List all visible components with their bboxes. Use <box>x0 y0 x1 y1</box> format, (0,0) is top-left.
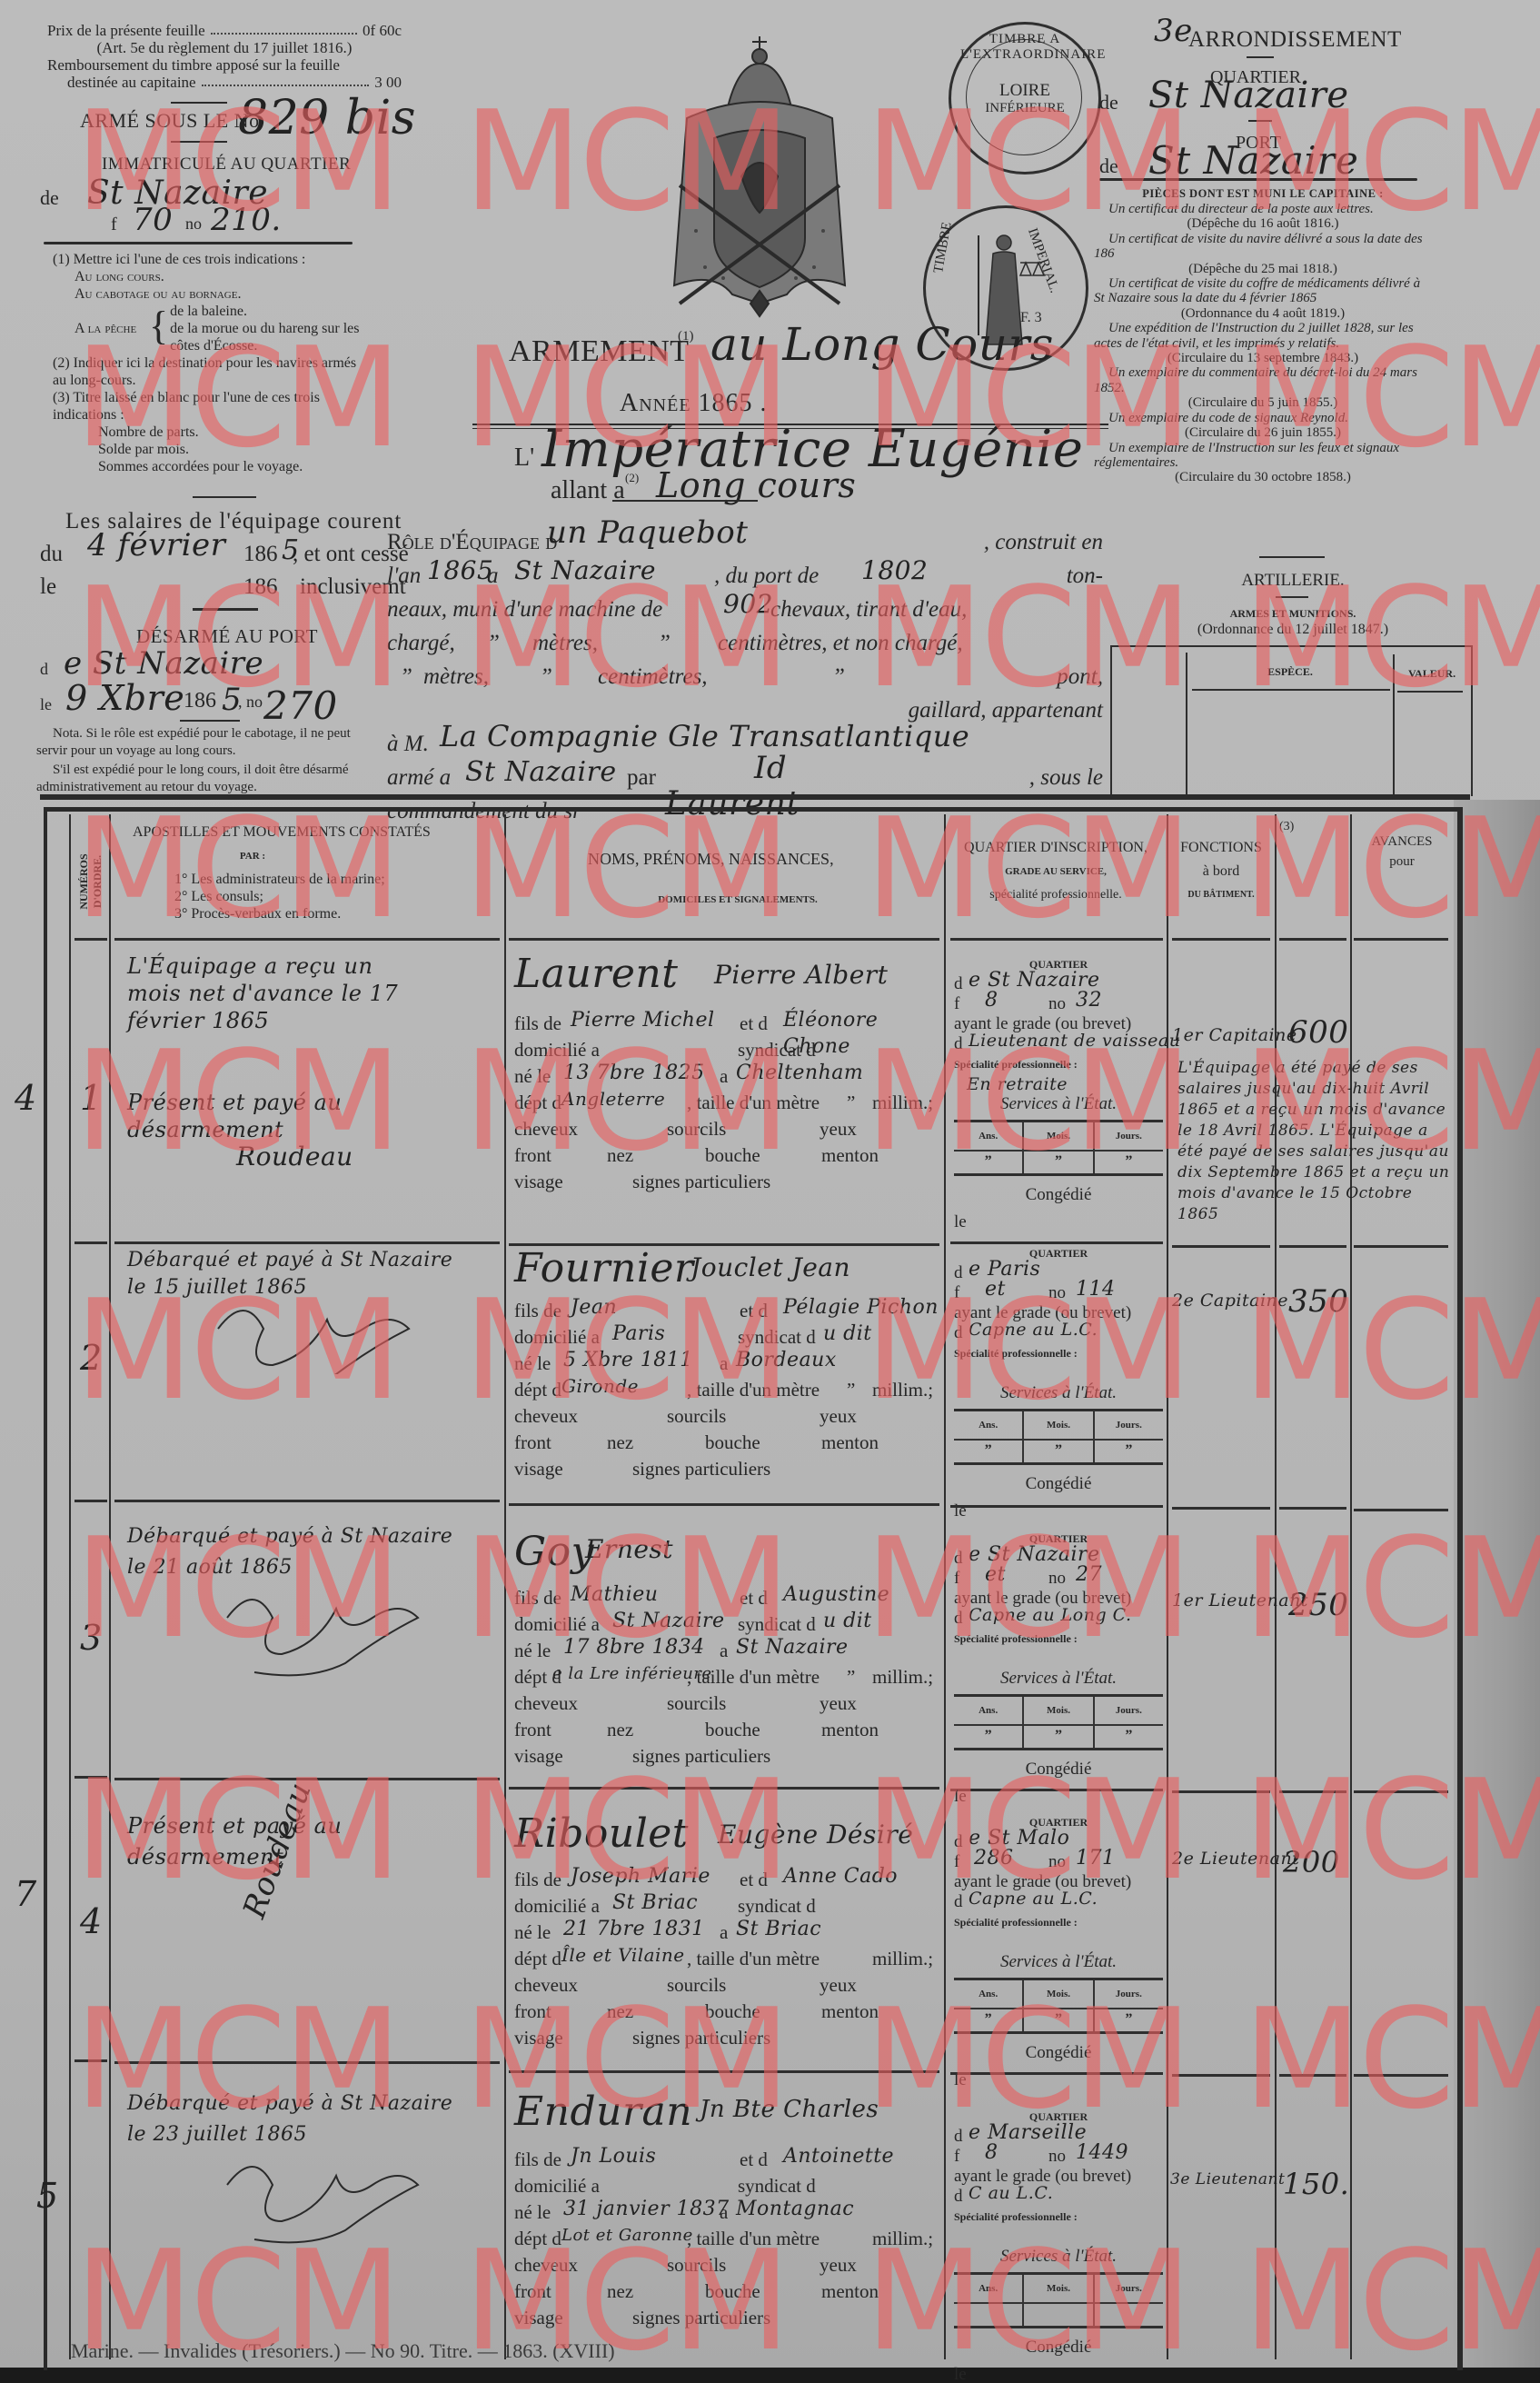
row-grade: Capne au L.C. <box>969 1320 1098 1340</box>
row-father: Mathieu <box>571 1581 658 1608</box>
divider <box>1276 596 1308 598</box>
row-grade: Capne au Long C. <box>969 1605 1132 1625</box>
artillerie-col-valeur: VALEUR. <box>1395 667 1469 681</box>
row-signalement: fils deJn Louiset dAntoinette domicilié … <box>514 2147 941 2331</box>
port-de: de <box>1099 155 1118 178</box>
row-surname: Riboulet <box>514 1810 689 1857</box>
table-row: 2 Débarqué et payé à St Nazaire le 15 ju… <box>0 1247 1540 1501</box>
row-department: Angleterre <box>561 1086 665 1112</box>
desarme-date: 9 Xbre <box>65 678 184 718</box>
divider <box>171 102 227 104</box>
brace-icon: { <box>149 303 168 354</box>
row-signature: Roudeau <box>127 1143 500 1171</box>
row-quartier: e St Malo <box>969 1829 1069 1849</box>
desarme-year: 186 <box>184 689 216 713</box>
divider <box>44 242 353 244</box>
imperial-coat-of-arms <box>651 31 869 331</box>
quartier-title: QUARTIER D'INSCRIPTION, <box>946 836 1166 860</box>
row-domicile: St Nazaire <box>612 1608 725 1634</box>
header-quartier: QUARTIER D'INSCRIPTION, GRADE AU SERVICE… <box>946 836 1166 907</box>
piece-item: Une expédition de l'Instruction du 2 jui… <box>1094 321 1432 365</box>
armement-note-ref: (1) <box>678 329 694 344</box>
price-value: 0f 60c <box>363 22 402 39</box>
owner-label: à M. <box>387 732 429 756</box>
port-value: St Nazaire <box>1148 138 1358 183</box>
noms-sub: DOMICILES ET SIGNALEMENTS. <box>506 894 942 905</box>
row-quartier: e St Nazaire <box>969 971 1100 991</box>
row-numero: 114 <box>1076 1280 1116 1300</box>
note-2: (2) Indiquer ici la destination pour les… <box>53 354 362 389</box>
note-1-peche-label: A la pêche <box>75 303 149 354</box>
noms-title: NOMS, PRÉNOMS, NAISSANCES, <box>506 850 942 869</box>
apostilles-title: APOSTILLES ET MOUVEMENTS CONSTATÉS <box>111 823 503 841</box>
arme-a-value: St Nazaire <box>465 755 617 790</box>
row-surname: Goy <box>514 1529 594 1575</box>
row-birth-place: St Briac <box>736 1916 821 1942</box>
artillerie-title: ARTILLERIE. <box>1181 571 1405 591</box>
row-birth-place: Bordeaux <box>736 1347 837 1373</box>
row-number: 5 <box>36 2176 59 2216</box>
nota-line-1: Nota. Si le rôle est expédié pour le cab… <box>36 725 382 760</box>
row-mother: Antoinette <box>783 2143 894 2169</box>
reimbursement-dots <box>202 74 370 86</box>
quartier-sub-1: GRADE AU SERVICE, <box>946 860 1166 883</box>
price-label: Prix de la présente feuille <box>47 22 205 39</box>
tonnage-value: 1802 <box>861 553 928 588</box>
built-year: 1865 <box>427 553 493 588</box>
row-given-names: Jouclet Jean <box>691 1252 850 1282</box>
chevaux-label: chevaux, tirant d'eau, <box>770 593 967 627</box>
row-specialite <box>954 1932 1163 1952</box>
annee-label: Année 1865 . <box>620 389 768 418</box>
avances-sub: pour <box>1352 852 1452 872</box>
row-avances-note: L'Équipage a été payé de ses salaires ju… <box>1177 1058 1450 1225</box>
armes-ordonnance: (Ordonnance du 12 juillet 1847.) <box>1181 622 1405 638</box>
row-apostille: Présent et payé au désarmement <box>127 1810 500 1872</box>
row-services-table: Ans.” Mois.” Jours.” <box>954 1120 1163 1173</box>
row-number: 1 <box>80 1078 103 1118</box>
row-birth-place: Montagnac <box>736 2196 854 2222</box>
ship-prefix: L' <box>514 444 534 473</box>
fonctions-sub-1: à bord <box>1168 860 1274 883</box>
table-row: 4 1 L'Équipage a reçu un mois net d'avan… <box>0 942 1540 1241</box>
row-quartier: e Paris <box>969 1260 1040 1280</box>
fonctions-title: FONCTIONS <box>1168 836 1274 860</box>
row-col3: 150. <box>1283 2167 1349 2201</box>
row-syndicat: u dit <box>823 1608 872 1634</box>
row-numero: 171 <box>1076 1849 1116 1869</box>
fonctions-sub-2: DU BÂTIMENT. <box>1168 883 1274 907</box>
row-department: Lot et Garonne <box>561 2222 693 2248</box>
row-mother: Pélagie Pichon <box>783 1294 939 1321</box>
artillerie-table: ESPÈCE. VALEUR. <box>1110 645 1473 796</box>
row-numero: 1449 <box>1076 2143 1128 2163</box>
arme-sous-value: 829 bis <box>238 91 416 145</box>
header-noms: NOMS, PRÉNOMS, NAISSANCES, DOMICILES ET … <box>506 850 942 905</box>
row-height: ” <box>847 1090 855 1116</box>
row-height: ” <box>847 1377 855 1403</box>
row-folio: et <box>985 1280 1006 1300</box>
row-specialite: En retraite <box>954 1074 1163 1094</box>
coat-of-arms-icon <box>651 31 869 331</box>
row-surname: Enduran <box>514 2089 692 2135</box>
row-folio: et <box>985 1565 1006 1585</box>
row-number: 2 <box>80 1338 103 1378</box>
pont-value: ” <box>832 660 845 694</box>
piece-item: Un certificat de visite du navire délivr… <box>1094 232 1432 276</box>
built-at-label: a <box>487 559 499 593</box>
construit-label: , construit en <box>984 525 1103 560</box>
row-numero: 32 <box>1076 991 1102 1011</box>
row-col3: 250 <box>1288 1587 1348 1623</box>
row-father: Jn Louis <box>571 2143 656 2169</box>
divider <box>193 496 256 498</box>
charge-label: chargé, <box>387 631 455 655</box>
row-quartier-block: QUARTIER de Marseille f8no1449 ayant le … <box>954 2107 1163 2383</box>
note-1-peche-baleine: de la baleine. <box>170 303 362 320</box>
charge-cm-value: ” <box>658 626 671 661</box>
noncharge-metres-value: ” <box>400 660 412 694</box>
row-grade: C au L.C. <box>969 2183 1053 2203</box>
artillerie-col-espece: ESPÈCE. <box>1187 665 1393 679</box>
row-signalement: fils dePierre Michelet dÉléonore Chone d… <box>514 1011 941 1195</box>
row-birth-date: 17 8bre 1834 <box>563 1634 705 1660</box>
header-avances: AVANCES pour <box>1352 832 1452 872</box>
row-fonction: 3e Lieutenant <box>1170 2170 1285 2189</box>
row-signalement: fils deJoseph Marieet dAnne Cado domicil… <box>514 1867 941 2051</box>
pieces-list: Un certificat du directeur de la poste a… <box>1094 202 1432 485</box>
row-margin-mark: 4 <box>15 1078 37 1118</box>
salaires-start-date: 4 février <box>87 527 225 563</box>
note-1-option-cabotage: Au cabotage ou au bornage. <box>53 285 362 303</box>
row-specialite <box>954 2227 1163 2247</box>
row-folio: 8 <box>985 2143 999 2163</box>
armes-munitions-label: ARMES ET MUNITIONS. <box>1181 607 1405 621</box>
note-3-option-sommes: Sommes accordées pour le voyage. <box>53 458 362 475</box>
charge-metres-value: ” <box>487 626 500 661</box>
price-reference: (Art. 5e du règlement du 17 juillet 1816… <box>47 39 402 56</box>
row-birth-place: Cheltenham <box>736 1060 863 1086</box>
row-department: Île et Vilaine <box>561 1942 685 1969</box>
metres-label: mètres, <box>532 626 598 661</box>
row-mother: Augustine <box>783 1581 889 1608</box>
row-services-table: Ans.” Mois.” Jours.” <box>954 1694 1163 1748</box>
row-mother: Anne Cado <box>783 1863 898 1889</box>
apostilles-par: PAR : <box>111 848 503 865</box>
row-fonction: 2e Capitaine <box>1172 1291 1288 1311</box>
salaires-du-label: du <box>40 542 63 567</box>
row-department: Gironde <box>561 1373 639 1400</box>
desarme-de-label: d <box>40 660 48 679</box>
row-given-names: Ernest <box>585 1534 673 1564</box>
row-specialite <box>954 1363 1163 1383</box>
price-dots <box>211 22 357 35</box>
pieces-title: PIÈCES DONT EST MUNI LE CAPITAINE : <box>1090 187 1436 201</box>
row-grade: Capne au L.C. <box>969 1889 1098 1909</box>
price-block: Prix de la présente feuille 0f 60c (Art.… <box>47 22 402 91</box>
header-col3: (3) <box>1279 820 1294 834</box>
immatricule-label: IMMATRICULÉ AU QUARTIER <box>102 155 351 174</box>
piece-item: Un exemplaire de l'Instruction sur les f… <box>1094 441 1432 485</box>
desarme-no-label: , no <box>238 693 263 712</box>
divider <box>1247 56 1274 58</box>
built-at: St Nazaire <box>514 553 656 588</box>
an-label: l'an <box>387 563 421 588</box>
row-given-names: Pierre Albert <box>714 960 888 990</box>
row-surname: Fournier <box>514 1245 693 1291</box>
row-quartier-block: QUARTIER de St Nazaire f8no32 ayant le g… <box>954 954 1163 1232</box>
signature-icon <box>218 2149 454 2248</box>
note-3-option-solde: Solde par mois. <box>53 441 362 458</box>
reimbursement-label: Remboursement du timbre apposé sur la fe… <box>47 56 402 74</box>
row-syndicat: u dit <box>823 1321 872 1347</box>
row-col3: 350 <box>1288 1283 1348 1320</box>
note-3-option-parts: Nombre de parts. <box>53 424 362 441</box>
centimetres-label-2: centimètres, <box>598 660 708 694</box>
row-services-table: Ans.” Mois.” Jours.” <box>954 1409 1163 1462</box>
divider <box>1259 556 1325 558</box>
row-col3: 200 <box>1283 1845 1340 1879</box>
row-apostille: Débarqué et payé à St Nazaire le 23 juil… <box>127 2089 500 2150</box>
avances-title: AVANCES <box>1352 832 1452 852</box>
metres-label-2: mètres, <box>423 660 489 694</box>
row-quartier-block: QUARTIER de St Malo f286no171 ayant le g… <box>954 1812 1163 2090</box>
pont-label: pont, <box>1057 660 1103 694</box>
row-birth-date: 21 7bre 1831 <box>563 1916 705 1942</box>
note-1-option-long-cours: Au long cours. <box>53 268 362 285</box>
desarme-le-label: le <box>40 695 52 714</box>
par-value: Id <box>754 752 787 786</box>
signature-icon <box>218 1581 436 1681</box>
row-apostille: L'Équipage a reçu un mois net d'avance l… <box>127 952 500 1171</box>
table-row: 5 Débarqué et payé à St Nazaire le 23 ju… <box>0 2076 1540 2348</box>
row-surname: Laurent <box>514 951 678 997</box>
machine-horsepower: 902 <box>723 587 773 622</box>
header-numeros: NUMÉROS D'ORDRE. <box>75 823 107 932</box>
row-number: 4 <box>80 1901 103 1941</box>
row-signalement: fils deJeanet dPélagie Pichon domicilié … <box>514 1298 941 1482</box>
numero-label: no <box>185 214 202 234</box>
row-numero: 27 <box>1076 1565 1102 1585</box>
quartier-de: de <box>1099 91 1118 115</box>
divider <box>180 720 240 722</box>
row-col3: 600 <box>1288 1014 1348 1051</box>
arme-a-label: armé a <box>387 765 451 790</box>
row-birth-place: St Nazaire <box>736 1634 849 1660</box>
reimbursement-value: 3 00 <box>374 74 402 91</box>
row-father: Jean <box>571 1294 617 1321</box>
salaires-le-label: le <box>40 574 56 600</box>
table-row: 3 Débarqué et payé à St Nazaire le 21 ao… <box>0 1509 1540 1772</box>
centimetres-label: centimètres, et non chargé, <box>718 626 963 661</box>
numero-value: 210. <box>211 202 282 238</box>
row-given-names: Jn Bte Charles <box>700 2096 879 2123</box>
apostilles-item-3: 3° Procès-verbaux en forme. <box>111 905 503 922</box>
apostilles-item-2: 2° Les consuls; <box>111 888 503 905</box>
row-fonction: 1er Capitaine <box>1172 1025 1297 1045</box>
machine-label: neaux, muni d'une machine de <box>387 597 662 622</box>
row-quartier: e Marseille <box>969 2123 1087 2143</box>
stamp-loire: LOIRE <box>951 81 1098 101</box>
armement-label: ARMEMENT <box>509 334 690 369</box>
row-height: ” <box>847 1664 855 1690</box>
row-father: Pierre Michel <box>571 1007 715 1033</box>
note-1-peche-morue: de la morue ou du hareng sur les côtes d… <box>170 320 362 354</box>
row-quartier: e St Nazaire <box>969 1545 1100 1565</box>
signature-icon <box>209 1292 427 1374</box>
tonneaux-label: ton- <box>1067 559 1103 593</box>
piece-item: Un certificat de visite du coffre de méd… <box>1094 276 1432 321</box>
row-margin-mark: 7 <box>15 1874 37 1914</box>
piece-item: Un exemplaire du commentaire du décret-l… <box>1094 365 1432 410</box>
table-row: 7 4 Présent et payé au désarmement Roude… <box>0 1792 1540 2056</box>
note-1-intro: (1) Mettre ici l'une de ces trois indica… <box>53 251 362 268</box>
row-folio: 286 <box>974 1849 1014 1869</box>
row-quartier-block: QUARTIER de Paris fetno114 ayant le grad… <box>954 1243 1163 1521</box>
arme-sous-label: ARMÉ SOUS LE No <box>80 109 260 133</box>
folio-value: 70 <box>133 202 173 238</box>
par-label: par <box>627 761 656 795</box>
piece-item: Un exemplaire du code de signaux Reynold… <box>1094 411 1432 441</box>
row-fonction: 2e Lieutenant <box>1172 1849 1299 1869</box>
divider <box>1099 178 1417 181</box>
row-grade: Lieutenant de vaisseau <box>969 1031 1180 1051</box>
vessel-type: un Paquebot <box>547 516 748 551</box>
note-3-intro: (3) Titre laissé en blanc pour l'une de … <box>53 389 362 424</box>
row-services-table: Ans.” Mois.” Jours.” <box>954 1978 1163 2031</box>
noncharge-cm-value: ” <box>540 660 552 694</box>
role-equipage-block: Rôle d'Équipage d un Paquebot , construi… <box>387 525 1114 828</box>
salaires-end-year: 186 <box>243 574 278 600</box>
row-quartier-block: QUARTIER de St Nazaire fetno27 ayant le … <box>954 1529 1163 1807</box>
row-signalement: fils deMathieuet dAugustine domicilié aS… <box>514 1585 941 1770</box>
row-domicile: St Briac <box>612 1889 698 1916</box>
quartier-value: St Nazaire <box>1148 75 1349 116</box>
divider <box>171 141 227 143</box>
stamp-inferieure: INFÉRIEURE <box>951 101 1098 116</box>
row-number: 3 <box>80 1618 103 1658</box>
reimbursement-label-2: destinée au capitaine <box>67 74 196 91</box>
row-given-names: Eugène Désiré <box>718 1820 913 1850</box>
nota-line-2: S'il est expédié pour le long cours, il … <box>36 762 382 796</box>
row-father: Joseph Marie <box>571 1863 710 1889</box>
signature-flourish <box>218 2149 454 2252</box>
row-apostille: Débarqué et payé à St Nazaire le 21 août… <box>127 1521 500 1583</box>
stamp-ring-text: TIMBRE A L'EXTRAORDINAIRE <box>960 32 1089 63</box>
row-birth-date: 5 Xbre 1811 <box>563 1347 693 1373</box>
divider <box>612 500 758 502</box>
role-label: Rôle d'Équipage d <box>387 530 557 554</box>
row-services-table: Ans. Mois. Jours. <box>954 2272 1163 2326</box>
sous-le-label: , sous le <box>1029 761 1103 795</box>
immatricule-de: de <box>40 186 59 210</box>
quartier-sub-2: spécialité professionnelle. <box>946 883 1166 907</box>
row-birth-date: 31 janvier 1837 <box>563 2196 730 2222</box>
armement-type: au Long Cours <box>710 318 1054 371</box>
salaires-start-year: 186 <box>243 542 278 567</box>
row-birth-date: 13 7bre 1825 <box>563 1060 705 1086</box>
owner-value: La Compagnie Gle Transatlantique <box>440 720 969 754</box>
desarme-no-value: 270 <box>263 683 338 728</box>
table-top-rule <box>40 794 1470 800</box>
piece-item: Un certificat du directeur de la poste a… <box>1094 202 1432 232</box>
allant-note-ref: (2) <box>625 471 639 485</box>
footer-imprint: Marine. — Invalides (Trésoriers.) — No 9… <box>71 2339 615 2363</box>
timbre-extraordinaire-stamp: TIMBRE A L'EXTRAORDINAIRE LOIRE INFÉRIEU… <box>949 22 1101 174</box>
arrondissement-number: 3e <box>1154 13 1193 49</box>
apostilles-item-1: 1° Les administrateurs de la marine; <box>111 871 503 888</box>
signature-flourish <box>209 1292 427 1378</box>
signature-flourish <box>218 1581 436 1685</box>
divider <box>193 608 258 611</box>
header-fonctions: FONCTIONS à bord DU BÂTIMENT. <box>1168 836 1274 907</box>
row-specialite <box>954 1649 1163 1669</box>
row-domicile: Paris <box>612 1321 665 1347</box>
row-folio: 8 <box>985 991 999 1011</box>
divider <box>1248 120 1272 122</box>
header-apostilles: APOSTILLES ET MOUVEMENTS CONSTATÉS PAR :… <box>111 823 503 922</box>
notes-block: (1) Mettre ici l'une de ces trois indica… <box>53 251 362 475</box>
arrondissement-label: ARRONDISSEMENT <box>1188 27 1402 53</box>
desarme-port: e St Nazaire <box>64 645 263 682</box>
folio-label: f <box>111 214 117 235</box>
